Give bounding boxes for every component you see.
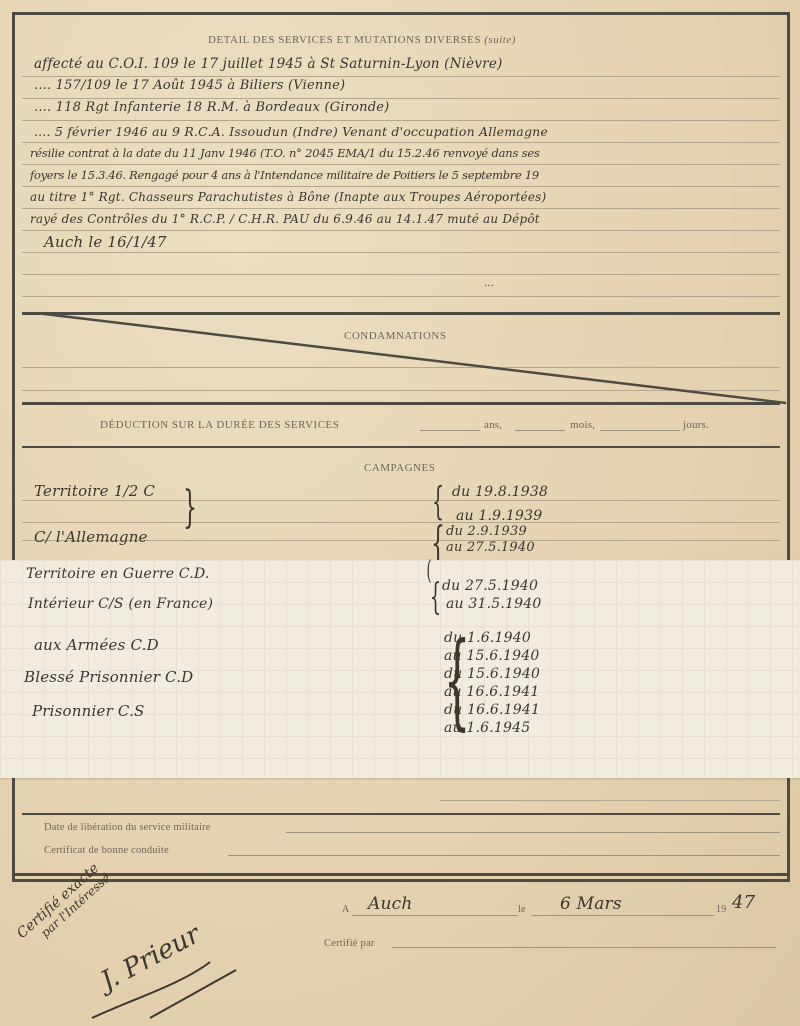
brace-icon: { — [183, 486, 197, 530]
section-title-suffix: (suite) — [484, 34, 516, 46]
ruled-line — [22, 142, 780, 143]
campagnes-title: CAMPAGNES — [364, 462, 435, 474]
ruled-line — [22, 164, 780, 165]
service-line: affecté au C.O.I. 109 le 17 juillet 1945… — [34, 56, 503, 72]
conduite-label: Certificat de bonne conduite — [44, 845, 169, 856]
conduite-field — [228, 855, 780, 856]
section-title-text: DETAIL DES SERVICES ET MUTATIONS DIVERSE… — [208, 34, 481, 46]
campaign-label: Blessé Prisonnier C.D — [24, 668, 193, 686]
campaign-date: au 16.6.1941 — [444, 684, 539, 700]
campaign-date: au 27.5.1940 — [446, 540, 535, 555]
campaign-date: du 27.5.1940 — [442, 578, 538, 594]
liberation-field — [286, 832, 780, 833]
campaign-date: au 31.5.1940 — [446, 596, 541, 612]
liberation-label: Date de libération du service militaire — [44, 822, 211, 833]
date-prefix: le — [518, 904, 526, 915]
campaign-date: du 19.8.1938 — [452, 484, 548, 500]
ruled-line — [22, 186, 780, 187]
ruled-line — [22, 120, 780, 121]
campaign-date: au 1.9.1939 — [456, 508, 542, 524]
ruled-line — [22, 522, 780, 523]
ruled-line — [440, 800, 780, 801]
condamnations-title: CONDAMNATIONS — [344, 330, 446, 342]
year-value: 47 — [732, 892, 755, 913]
ruled-line — [22, 274, 780, 275]
service-line: .... 5 février 1946 au 9 R.C.A. Issoudun… — [34, 124, 548, 139]
service-line: foyers le 15.3.46. Rengagé pour 4 ans à … — [30, 168, 539, 182]
campaign-date: du 16.6.1941 — [444, 702, 540, 718]
ruled-line — [22, 208, 780, 209]
section-divider — [22, 813, 780, 815]
deduction-ans: ans, — [484, 419, 502, 431]
service-line: au titre 1° Rgt. Chasseurs Parachutistes… — [30, 190, 546, 204]
brace-icon: { — [432, 482, 444, 520]
signature: J. Prieur — [96, 919, 205, 996]
service-line: rayé des Contrôles du 1° R.C.P. / C.H.R.… — [30, 212, 540, 226]
campaign-label: Intérieur C/S (en France) — [28, 596, 213, 612]
section-divider — [22, 402, 780, 405]
deduction-jours: jours. — [683, 419, 709, 431]
deduction-label: DÉDUCTION SUR LA DURÉE DES SERVICES — [100, 419, 339, 431]
ruled-line — [22, 367, 780, 368]
campaign-label: aux Armées C.D — [34, 636, 159, 654]
campaign-label: Territoire en Guerre C.D. — [26, 566, 210, 582]
service-line: résilie contrat à la date du 11 Janv 194… — [30, 146, 540, 160]
brace-icon: { — [430, 580, 441, 616]
place-field — [352, 915, 518, 916]
section-divider — [22, 446, 780, 448]
section-divider — [22, 312, 780, 315]
service-line: .... 118 Rgt Infanterie 18 R.M. à Bordea… — [34, 100, 389, 115]
certifie-field — [392, 947, 776, 948]
ruled-line — [22, 76, 780, 77]
place-value: Auch — [368, 894, 413, 914]
service-line: .... 157/109 le 17 Août 1945 à Biliers (… — [34, 78, 345, 93]
ruled-line — [22, 296, 780, 297]
pasted-slip: Territoire en Guerre C.D. Intérieur C/S … — [0, 560, 800, 778]
campaign-label: C/ l'Allemagne — [34, 528, 148, 546]
section-divider — [14, 873, 788, 876]
date-value: 6 Mars — [560, 894, 622, 914]
campaign-date: du 15.6.1940 — [444, 666, 540, 682]
place-prefix: A — [342, 904, 349, 915]
ruled-line — [22, 390, 780, 391]
campaign-date: au 15.6.1940 — [444, 648, 539, 664]
section-title: DETAIL DES SERVICES ET MUTATIONS DIVERSE… — [208, 34, 516, 46]
ruled-line — [22, 252, 780, 253]
jours-field — [600, 430, 680, 431]
deduction-mois: mois, — [570, 419, 595, 431]
year-prefix: 19 — [716, 904, 726, 915]
ruled-line — [22, 98, 780, 99]
ruled-line — [22, 230, 780, 231]
campaign-date: du 1.6.1940 — [444, 630, 531, 646]
service-line: Auch le 16/1/47 — [44, 233, 167, 251]
ans-field — [420, 430, 480, 431]
campaign-date: au 1.6.1945 — [444, 720, 530, 736]
date-field — [532, 915, 714, 916]
campaign-label: Territoire 1/2 C — [34, 482, 155, 500]
ruled-line — [22, 500, 780, 501]
mark: ... — [484, 278, 494, 289]
campaign-label: Prisonnier C.S — [32, 702, 145, 720]
campaign-date: du 2.9.1939 — [446, 524, 527, 539]
certifie-label: Certifié par — [324, 938, 375, 949]
mois-field — [515, 430, 565, 431]
